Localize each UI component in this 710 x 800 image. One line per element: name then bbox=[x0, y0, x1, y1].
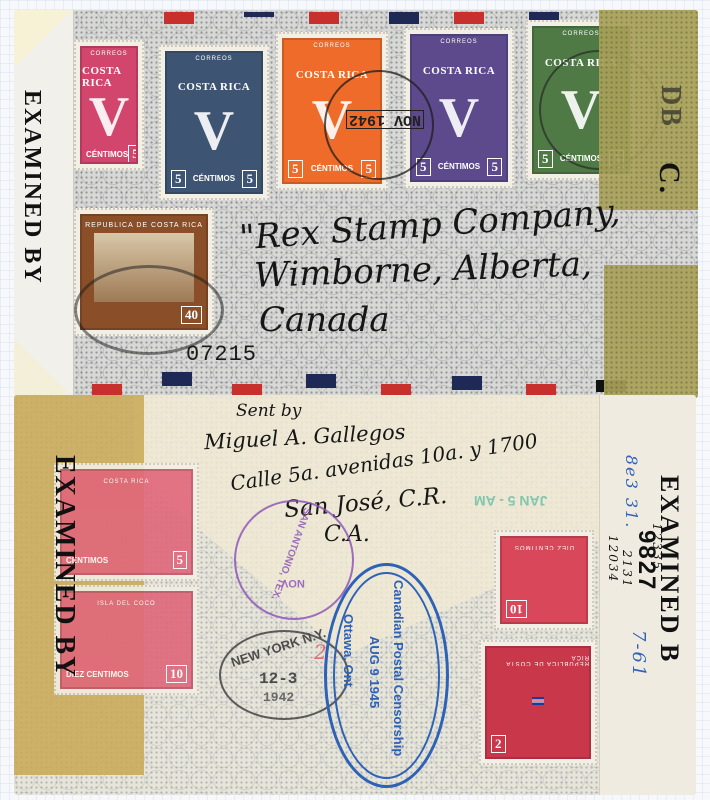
airmail-stripe bbox=[306, 374, 336, 388]
stamp: DIEZ CENTIMOS 10 bbox=[494, 530, 594, 630]
postmark-year: 1942 bbox=[263, 690, 294, 705]
stamp-country: COSTA RICA bbox=[178, 81, 250, 93]
blue-note: 7-61 bbox=[628, 630, 649, 678]
pencil-note: 12034 bbox=[606, 535, 620, 583]
stamp-value: 10 bbox=[506, 600, 527, 618]
stamp-unit: CÉNTIMOS bbox=[193, 174, 235, 183]
censorship-title: Canadian Postal Censorship bbox=[391, 580, 406, 756]
stamp-header: CORREOS bbox=[313, 43, 350, 49]
censor-tape-left: EXAMINED BY bbox=[14, 10, 74, 398]
pencil-note: 2131 bbox=[620, 550, 634, 589]
victory-v-icon: V bbox=[194, 103, 234, 159]
address-line-3: Canada bbox=[259, 300, 390, 340]
airmail-stripe bbox=[164, 12, 194, 24]
blue-note: 8e3 31. bbox=[622, 455, 641, 529]
examined-by-label: EXAMINED BY bbox=[48, 455, 80, 678]
green-cancel: JAN 5 - AM bbox=[474, 493, 547, 509]
censor-initials: DB bbox=[654, 85, 686, 128]
stamp-value: 5 bbox=[128, 145, 138, 163]
airmail-stripe bbox=[309, 12, 339, 24]
stamp-unit: CÉNTIMOS bbox=[86, 150, 128, 159]
stamp-header: CORREOS bbox=[195, 56, 232, 62]
stamp-country: COSTA RICA bbox=[104, 479, 150, 485]
envelope-front: EXAMINED BY CORREOS COSTA RICA V CÉNTIMO… bbox=[14, 10, 698, 398]
stamp-header: CORREOS bbox=[90, 51, 127, 57]
serial-number: 07215 bbox=[186, 342, 257, 367]
stamp-value: 5 bbox=[173, 551, 188, 569]
stamp-country: REPUBLICA DE COSTA RICA bbox=[85, 222, 203, 229]
postmark-date: NOV 1942 bbox=[346, 110, 424, 129]
airmail-stripe bbox=[162, 372, 192, 386]
censor-tape-right: EXAMINED B 9827 12335 2131 12034 8e3 31.… bbox=[599, 395, 696, 795]
stamp-value: 10 bbox=[166, 665, 187, 683]
censorship-date: AUG 9 1945 bbox=[367, 636, 382, 708]
stamp-header: CORREOS bbox=[440, 39, 477, 45]
censorship-location: Ottawa, Ont. bbox=[341, 614, 356, 691]
stamp-header: CORREOS bbox=[562, 31, 599, 37]
postmark-date: 12-3 bbox=[259, 670, 297, 688]
stamp-value: 2 bbox=[491, 735, 506, 753]
stamp-value: 5 bbox=[487, 158, 502, 176]
sender-line-1: Sent by bbox=[236, 401, 301, 421]
postmark-city: NEW YORK N.Y. bbox=[229, 625, 328, 670]
stamp-value: 5 bbox=[171, 170, 186, 188]
stamp-country: ISLA DEL COCO bbox=[97, 601, 155, 607]
san-antonio-postmark: SAN ANTONIO, TEX. NOV bbox=[234, 500, 354, 620]
envelope-back: COSTA RICA CÉNTIMOS5 ISLA DEL COCO DIEZ … bbox=[14, 395, 696, 795]
pencil-note: 12335 bbox=[650, 523, 664, 571]
stamp-value: 5 bbox=[242, 170, 257, 188]
examined-by-label: EXAMINED BY bbox=[18, 90, 45, 285]
postmark: NOV 1942 bbox=[324, 70, 434, 180]
stamp-value: 5 bbox=[538, 150, 553, 168]
stamp-unit: CÉNTIMOS bbox=[438, 162, 480, 171]
stamp-value: 5 bbox=[288, 160, 303, 178]
censor-mark: C. bbox=[652, 162, 686, 195]
canadian-censorship-stamp: Canadian Postal Censorship AUG 9 1945 Ot… bbox=[324, 563, 449, 788]
stamp-unit: DIEZ CENTIMOS bbox=[514, 544, 574, 550]
stamp: CORREOS COSTA RICA V CÉNTIMOS5 bbox=[74, 40, 144, 170]
airmail-stripe bbox=[389, 12, 419, 24]
stamp: REPUBLICA DE COSTA RICA 2 bbox=[479, 640, 597, 765]
censor-tape-right bbox=[604, 265, 698, 398]
stamp: CORREOS COSTA RICA V 5CÉNTIMOS5 bbox=[159, 45, 269, 200]
airmail-stripe bbox=[244, 12, 274, 17]
stamp-country: REPUBLICA DE COSTA RICA bbox=[487, 654, 589, 666]
victory-v-icon: V bbox=[439, 90, 479, 146]
victory-v-icon: V bbox=[89, 89, 129, 145]
airmail-stripe bbox=[454, 12, 484, 24]
flag-icon bbox=[532, 697, 544, 705]
postmark-date: NOV bbox=[281, 577, 305, 589]
airmail-stripe bbox=[452, 376, 482, 390]
stamp-country: COSTA RICA bbox=[423, 65, 495, 77]
